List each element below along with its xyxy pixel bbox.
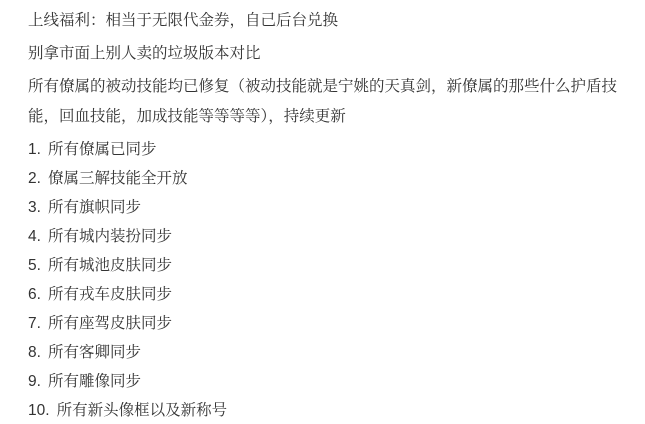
intro-line-skills-fixed: 所有僚属的被动技能均已修复（被动技能就是宁姚的天真剑，新僚属的那些什么护盾技能，… [28,72,619,132]
list-item: 8.所有客卿同步 [28,338,619,367]
list-item-number: 6. [28,280,41,309]
list-item: 1.所有僚属已同步 [28,135,619,164]
list-item-number: 9. [28,367,41,396]
list-item: 10.所有新头像框以及新称号 [28,396,619,424]
intro-line-benefits: 上线福利：相当于无限代金券，自己后台兑换 [28,6,619,36]
list-item: 9.所有雕像同步 [28,367,619,396]
description-document: 上线福利：相当于无限代金券，自己后台兑换 别拿市面上别人卖的垃圾版本对比 所有僚… [28,6,619,424]
feature-list: 1.所有僚属已同步 2.僚属三解技能全开放 3.所有旗帜同步 4.所有城内装扮同… [28,135,619,424]
list-item-number: 10. [28,396,50,424]
list-item-text: 所有旗帜同步 [48,199,141,216]
list-item: 6.所有戎车皮肤同步 [28,280,619,309]
list-item: 2.僚属三解技能全开放 [28,164,619,193]
list-item-text: 僚属三解技能全开放 [48,170,188,187]
list-item: 4.所有城内装扮同步 [28,222,619,251]
list-item-number: 1. [28,135,41,164]
list-item-number: 2. [28,164,41,193]
list-item-text: 所有座驾皮肤同步 [48,315,172,332]
list-item-text: 所有新头像框以及新称号 [57,402,228,419]
list-item: 5.所有城池皮肤同步 [28,251,619,280]
list-item-text: 所有僚属已同步 [48,141,157,158]
list-item-text: 所有雕像同步 [48,373,141,390]
list-item-text: 所有城内装扮同步 [48,228,172,245]
list-item-number: 8. [28,338,41,367]
list-item-text: 所有戎车皮肤同步 [48,286,172,303]
list-item-number: 7. [28,309,41,338]
list-item-number: 5. [28,251,41,280]
list-item-number: 3. [28,193,41,222]
list-item: 3.所有旗帜同步 [28,193,619,222]
list-item: 7.所有座驾皮肤同步 [28,309,619,338]
list-item-text: 所有城池皮肤同步 [48,257,172,274]
list-item-text: 所有客卿同步 [48,344,141,361]
list-item-number: 4. [28,222,41,251]
intro-line-comparison: 别拿市面上别人卖的垃圾版本对比 [28,39,619,69]
